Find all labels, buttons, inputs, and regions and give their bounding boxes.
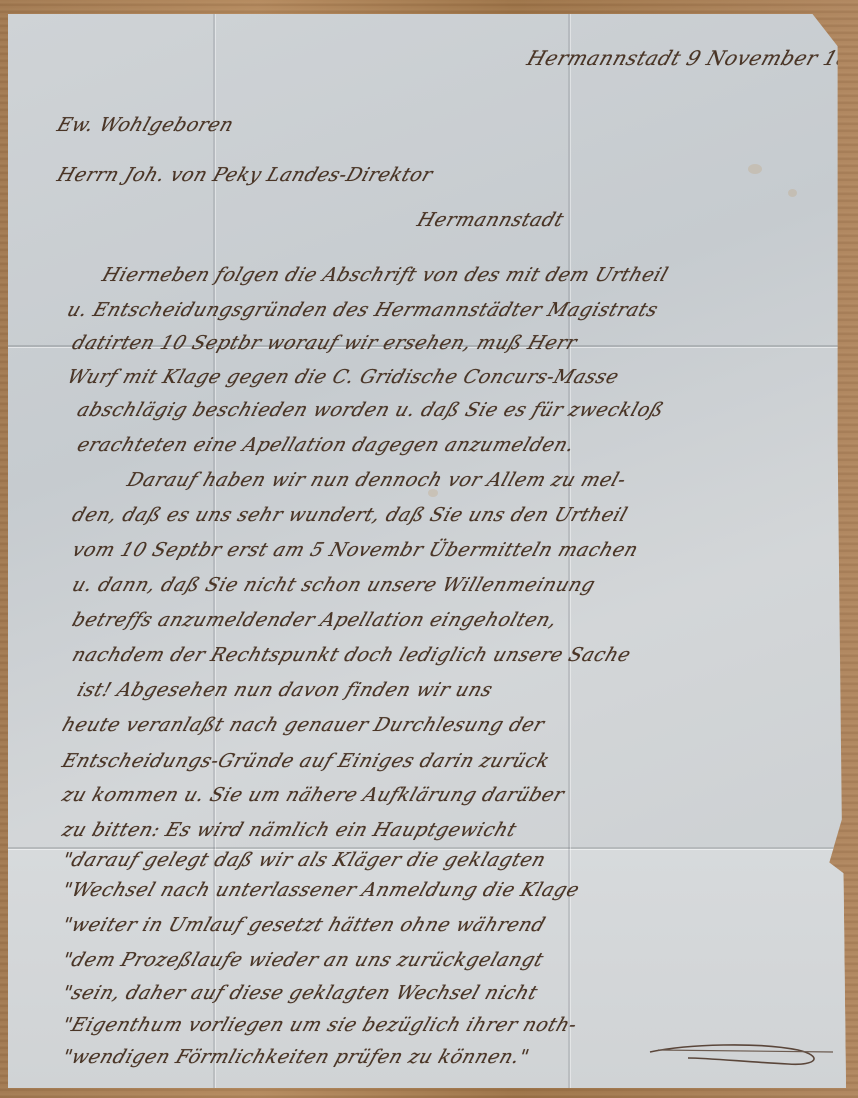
recipient-city: Hermannstadt (414, 209, 566, 231)
body-line: nachdem der Rechtspunkt doch lediglich u… (69, 644, 633, 666)
body-line: "wendigen Förmlichkeiten prüfen zu könne… (59, 1046, 532, 1068)
body-line: u. dann, daß Sie nicht schon unsere Will… (69, 574, 598, 596)
body-line: "Eigenthum vorliegen um sie bezüglich ih… (59, 1014, 580, 1036)
body-line: den, daß es uns sehr wundert, daß Sie un… (69, 504, 630, 526)
salutation: Ew. Wohlgeboren (54, 114, 236, 136)
body-line: "darauf gelegt daß wir als Kläger die ge… (59, 849, 548, 871)
body-line: abschlägig beschieden worden u. daß Sie … (74, 399, 666, 421)
body-line: betreffs anzumeldender Apellation eingeh… (69, 609, 560, 631)
body-line: "dem Prozeßlaufe wieder an uns zurückgel… (59, 949, 546, 971)
body-line: u. Entscheidungsgründen des Hermannstädt… (64, 299, 661, 321)
body-line: vom 10 Septbr erst am 5 Novembr Übermitt… (69, 539, 641, 561)
body-line: erachteten eine Apellation dagegen anzum… (74, 434, 577, 456)
recipient-name: Herrn Joh. von Peky Landes-Direktor (54, 164, 435, 186)
body-line: heute veranlaßt nach genauer Durchlesung… (59, 714, 547, 736)
dateline: Hermannstadt 9 November 1863 (524, 46, 858, 70)
body-line: Entscheidungs-Gründe auf Einiges darin z… (59, 750, 552, 772)
body-line: "weiter in Umlauf gesetzt hätten ohne wä… (59, 914, 548, 936)
letter-sheet: Hermannstadt 9 November 1863 Ew. Wohlgeb… (8, 14, 846, 1088)
body-line: "sein, daher auf diese geklagten Wechsel… (59, 982, 540, 1004)
body-line: zu kommen u. Sie um nähere Aufklärung da… (59, 784, 567, 806)
body-line: "Wechsel nach unterlassener Anmeldung di… (59, 879, 582, 901)
body-line: datirten 10 Septbr worauf wir ersehen, m… (69, 332, 580, 354)
signature-flourish-icon (648, 1034, 838, 1074)
body-line: Hierneben folgen die Abschrift von des m… (99, 264, 671, 286)
body-line: Wurf mit Klage gegen die C. Gridische Co… (64, 366, 622, 388)
body-line: zu bitten: Es wird nämlich ein Hauptgewi… (59, 819, 519, 841)
paper-stain (788, 189, 797, 197)
body-line: ist! Abgesehen nun davon finden wir uns (74, 679, 495, 701)
body-line: Darauf haben wir nun dennoch vor Allem z… (124, 469, 629, 491)
paper-stain (748, 164, 762, 174)
